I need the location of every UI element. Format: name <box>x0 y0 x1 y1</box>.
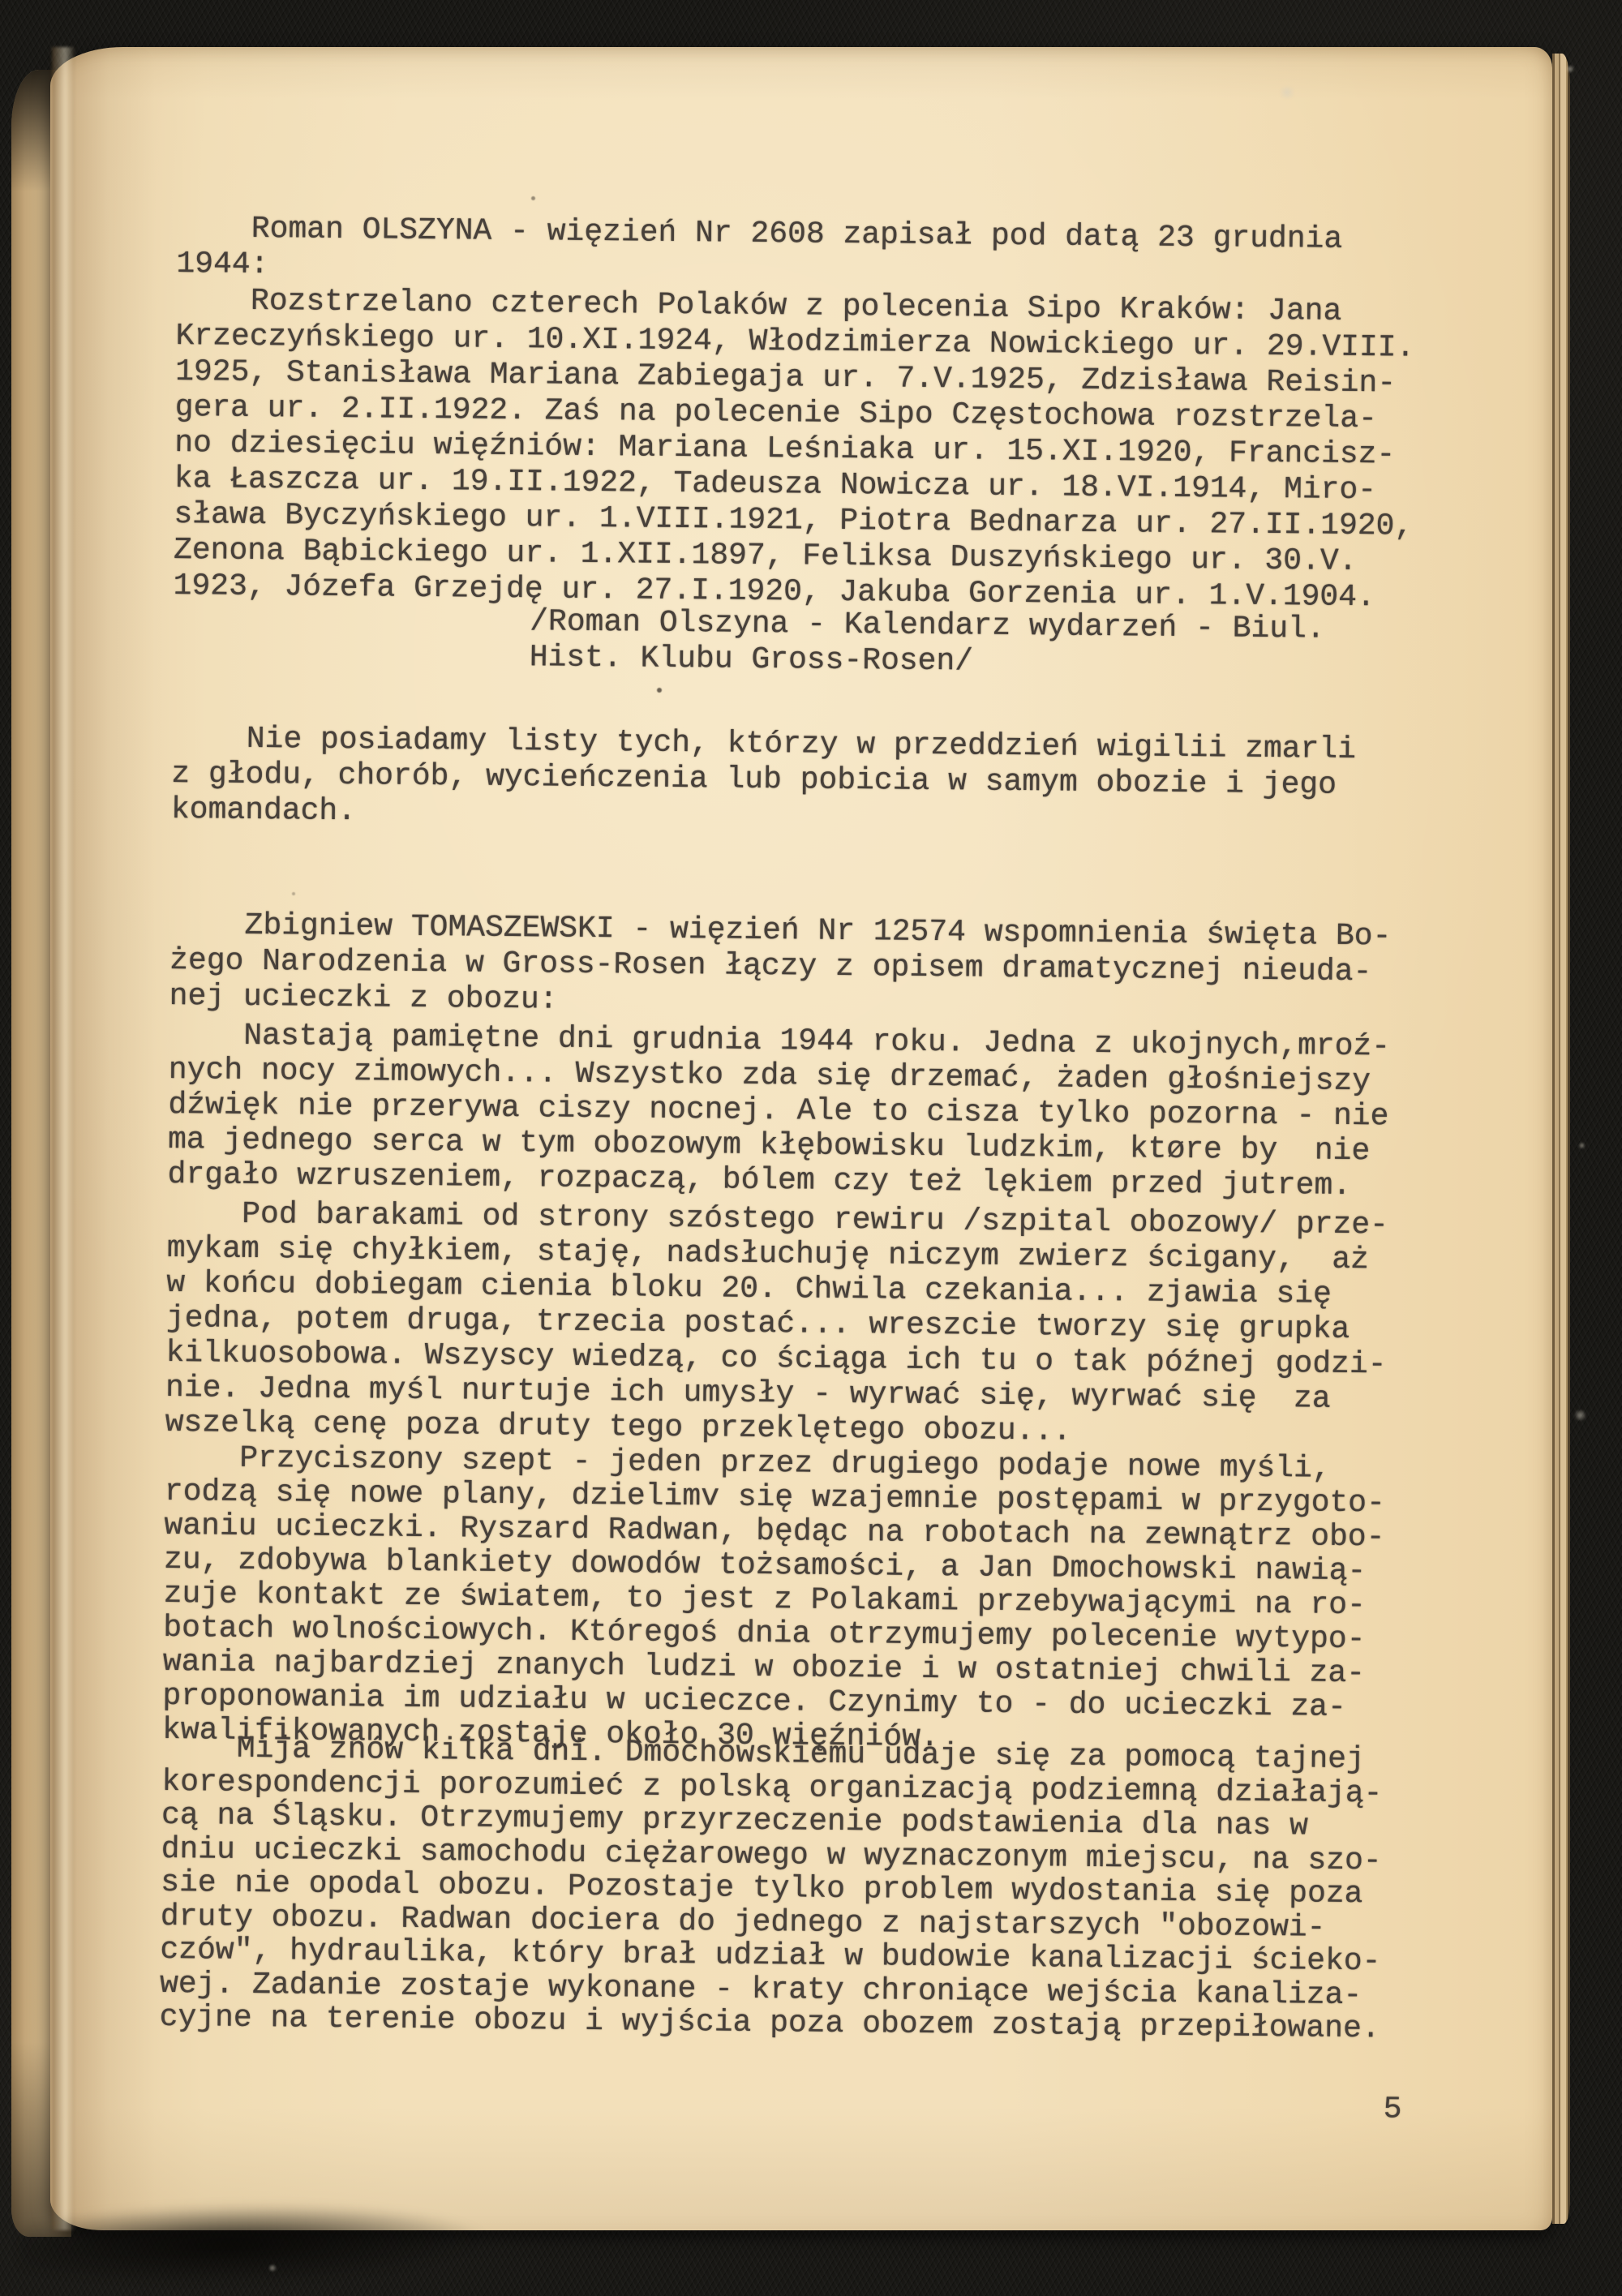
stacked-pages-right-edge <box>1552 54 1570 2224</box>
document-page: Roman OLSZYNA - więzień Nr 2608 zapisał … <box>50 47 1552 2230</box>
page-gutter-crease <box>52 47 75 2230</box>
scan-background: Roman OLSZYNA - więzień Nr 2608 zapisał … <box>0 0 1622 2296</box>
lint-speck <box>1573 1410 1587 1421</box>
paragraph: Nie posiadamy listy tych, którzy w przed… <box>171 721 1518 841</box>
paragraph: Przyciszony szept - jeden przez drugiego… <box>162 1441 1512 1761</box>
paragraph: Nastają pamiętne dni grudnia 1944 roku. … <box>167 1018 1515 1205</box>
lint-speck <box>1278 86 1296 99</box>
paragraph: Roman OLSZYNA - więzień Nr 2608 zapisał … <box>176 211 1523 295</box>
lint-speck <box>1565 65 1575 73</box>
paragraph: Pod barakami od strony szóstego rewiru /… <box>165 1196 1514 1453</box>
citation-block: /Roman Olszyna - Kalendarz wydarzeń - Bi… <box>173 601 1520 685</box>
lint-speck <box>1578 1142 1586 1149</box>
paragraph: Mija znów kilka dni. Dmochowskiemu udaje… <box>159 1732 1508 2047</box>
paragraph: Rozstrzelano czterech Polaków z poleceni… <box>173 283 1522 617</box>
typewritten-text: Roman OLSZYNA - więzień Nr 2608 zapisał … <box>157 47 1525 2243</box>
page-number: 5 <box>1383 2092 1401 2127</box>
paragraph: Zbigniew TOMASZEWSKI - więzień Nr 12574 … <box>169 908 1517 1028</box>
lint-speck <box>268 2264 277 2272</box>
